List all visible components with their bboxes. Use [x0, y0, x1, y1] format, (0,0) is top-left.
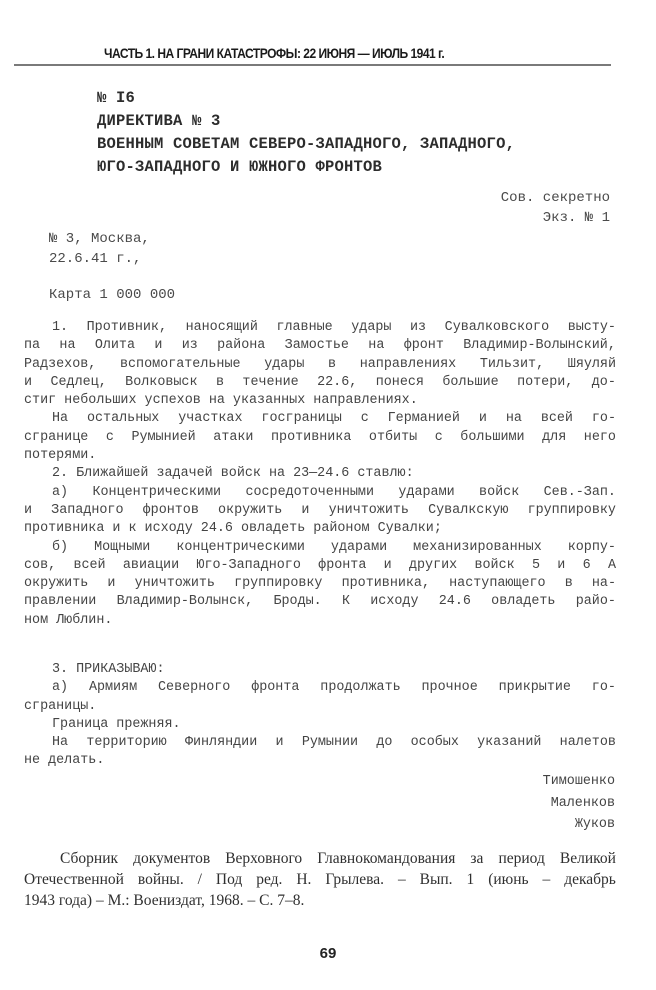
document-title-line: ВОЕННЫМ СОВЕТАМ СЕВЕРО-ЗАПАДНОГО, ЗАПАДН…	[97, 133, 515, 156]
text-line: ном Люблин.	[24, 612, 616, 630]
text-line: Граница прежняя.	[24, 716, 616, 734]
document-meta: № 3, Москва, 22.6.41 г.,	[49, 229, 150, 269]
text-line: Радзехов,вспомогательныеударывнаправлени…	[24, 356, 616, 374]
signature-timoshenko: Тимошенко	[543, 771, 615, 793]
text-line: СборникдокументовВерховногоГлавнокомандо…	[24, 848, 616, 869]
text-line: 1943 года) – М.: Воениздат, 1968. – С. 7…	[24, 890, 616, 911]
text-line: б)Мощнымиконцентрическимиударамимеханизи…	[24, 539, 616, 557]
header-rule	[14, 64, 611, 66]
document-number-place: № 3, Москва,	[49, 229, 150, 249]
text-line: НаостальныхучасткахгосграницысГерманиейи…	[24, 410, 616, 428]
running-header: ЧАСТЬ 1. НА ГРАНИ КАТАСТРОФЫ: 22 ИЮНЯ — …	[104, 45, 444, 61]
source-citation: СборникдокументовВерховногоГлавнокомандо…	[24, 848, 616, 911]
document-title-block: № I6 ДИРЕКТИВА № 3 ВОЕННЫМ СОВЕТАМ СЕВЕР…	[97, 87, 515, 179]
text-line: 1.Противник,наносящийглавныеударыизСувал…	[24, 319, 616, 337]
document-number: № I6	[97, 87, 515, 110]
text-line: иЗападногофронтовокружитьиуничтожитьСува…	[24, 502, 616, 520]
signatures: Тимошенко Маленков Жуков	[543, 771, 615, 836]
text-line: не делать.	[24, 752, 616, 770]
secrecy-level: Сов. секретно	[501, 188, 610, 208]
text-line: противника и к исходу 24.6 овладеть райо…	[24, 520, 616, 538]
section-1-body: 1.Противник,наносящийглавныеударыизСувал…	[24, 319, 616, 630]
text-line: иСедлец,Волковысквтечение22.6,понесяболь…	[24, 374, 616, 392]
signature-zhukov: Жуков	[543, 814, 615, 836]
map-reference: Карта 1 000 000	[49, 287, 175, 303]
text-line: правленииВладимир-Волынск,Броды.Кисходу2…	[24, 593, 616, 611]
text-line: окружитьиуничтожитьгруппировкупротивника…	[24, 575, 616, 593]
page-number: 69	[0, 945, 656, 962]
text-line: сов,всейавиацииЮго-Западногофронтаидруги…	[24, 557, 616, 575]
text-line: потерями.	[24, 447, 616, 465]
classification-stamp: Сов. секретно Экз. № 1	[501, 188, 610, 228]
text-line: стиг небольших успехов на указанных напр…	[24, 392, 616, 410]
text-line: а)Концентрическимисосредоточеннымиударам…	[24, 484, 616, 502]
document-date: 22.6.41 г.,	[49, 249, 150, 269]
text-line: Отечественнойвойны./Подред.Н.Грылева.–Вы…	[24, 869, 616, 890]
section-3-body: 3. ПРИКАЗЫВАЮ:а)АрмиямСеверногофронтапро…	[24, 661, 616, 771]
text-line: 3. ПРИКАЗЫВАЮ:	[24, 661, 616, 679]
signature-malenkov: Маленков	[543, 793, 615, 815]
document-title-line: ДИРЕКТИВА № 3	[97, 110, 515, 133]
text-line: сграницесРумыниейатакипротивникаотбитысб…	[24, 429, 616, 447]
copy-number: Экз. № 1	[501, 208, 610, 228]
text-line: 2. Ближайшей задачей войск на 23—24.6 ст…	[24, 465, 616, 483]
text-line: панаОлитаиизрайонаЗамостьенафронтВладими…	[24, 337, 616, 355]
text-line: сграницы.	[24, 698, 616, 716]
text-line: а)АрмиямСеверногофронтапродолжатьпрочное…	[24, 679, 616, 697]
text-line: НатерриториюФинляндиииРумыниидоособыхука…	[24, 734, 616, 752]
document-title-line: ЮГО-ЗАПАДНОГО И ЮЖНОГО ФРОНТОВ	[97, 156, 515, 179]
